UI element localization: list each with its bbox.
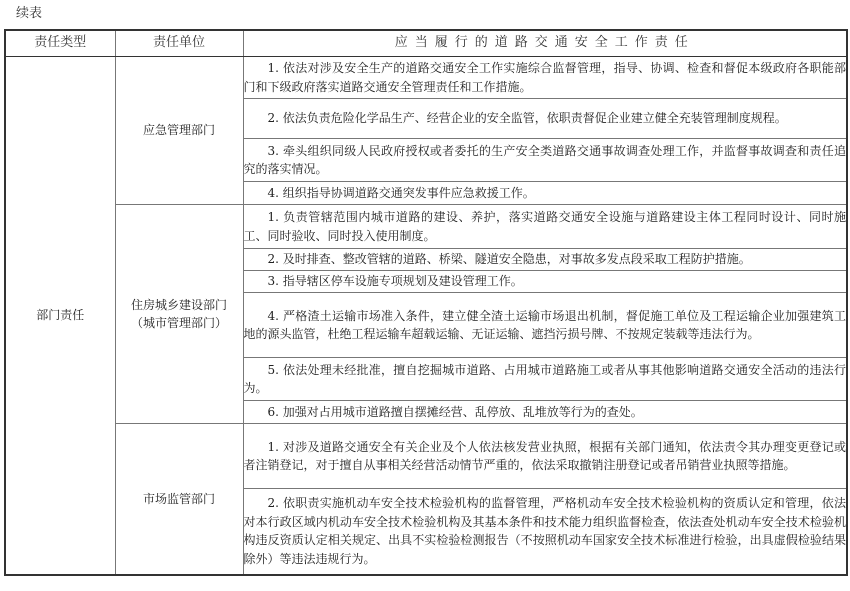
unit-label: 应急管理部门 <box>143 123 215 137</box>
header-duties: 应当履行的道路交通安全工作责任 <box>243 30 847 57</box>
table-row: 住房城乡建设部门（城市管理部门） 1. 负责管辖范围内城市道路的建设、养护，落实… <box>5 205 847 249</box>
table-row: 市场监管部门 1. 对涉及道路交通安全有关企业及个人依法核发营业执照，根据有关部… <box>5 424 847 489</box>
unit-label: 住房城乡建设部门（城市管理部门） <box>129 296 229 333</box>
header-responsibility-type: 责任类型 <box>5 30 115 57</box>
duty-item: 3. 牵头组织同级人民政府授权或者委托的生产安全类道路交通事故调查处理工作，并监… <box>243 139 847 182</box>
table-caption: 续表 <box>16 2 42 21</box>
unit-cell-market-regulation: 市场监管部门 <box>115 424 243 575</box>
duty-item: 4. 严格渣土运输市场准入条件，建立健全渣土运输市场退出机制，督促施工单位及工程… <box>243 293 847 358</box>
duty-item: 1. 依法对涉及安全生产的道路交通安全工作实施综合监督管理，指导、协调、检查和督… <box>243 57 847 99</box>
unit-cell-housing-construction: 住房城乡建设部门（城市管理部门） <box>115 205 243 424</box>
duty-item: 5. 依法处理未经批准，擅自挖掘城市道路、占用城市道路施工或者从事其他影响道路交… <box>243 358 847 401</box>
table-header-row: 责任类型 责任单位 应当履行的道路交通安全工作责任 <box>5 30 847 57</box>
header-responsible-unit: 责任单位 <box>115 30 243 57</box>
duty-item: 3. 指导辖区停车设施专项规划及建设管理工作。 <box>243 271 847 293</box>
table-row: 部门责任 应急管理部门 1. 依法对涉及安全生产的道路交通安全工作实施综合监督管… <box>5 57 847 99</box>
duty-item: 6. 加强对占用城市道路擅自摆摊经营、乱停放、乱堆放等行为的查处。 <box>243 401 847 424</box>
duty-item: 2. 及时排查、整改管辖的道路、桥梁、隧道安全隐患，对事故多发点段采取工程防护措… <box>243 249 847 271</box>
unit-cell-emergency: 应急管理部门 <box>115 57 243 205</box>
duty-item: 1. 对涉及道路交通安全有关企业及个人依法核发营业执照，根据有关部门通知，依法责… <box>243 424 847 489</box>
duty-item: 1. 负责管辖范围内城市道路的建设、养护，落实道路交通安全设施与道路建设主体工程… <box>243 205 847 249</box>
duty-item: 4. 组织指导协调道路交通突发事件应急救援工作。 <box>243 182 847 205</box>
unit-label: 市场监管部门 <box>143 492 215 506</box>
duty-item: 2. 依法负责危险化学品生产、经营企业的安全监管，依职责督促企业建立健全充装管理… <box>243 99 847 139</box>
responsibility-table: 责任类型 责任单位 应当履行的道路交通安全工作责任 部门责任 应急管理部门 1.… <box>4 29 848 576</box>
duty-item: 2. 依职责实施机动车安全技术检验机构的监督管理，严格机动车安全技术检验机构的资… <box>243 489 847 575</box>
responsibility-type-cell: 部门责任 <box>5 57 115 575</box>
